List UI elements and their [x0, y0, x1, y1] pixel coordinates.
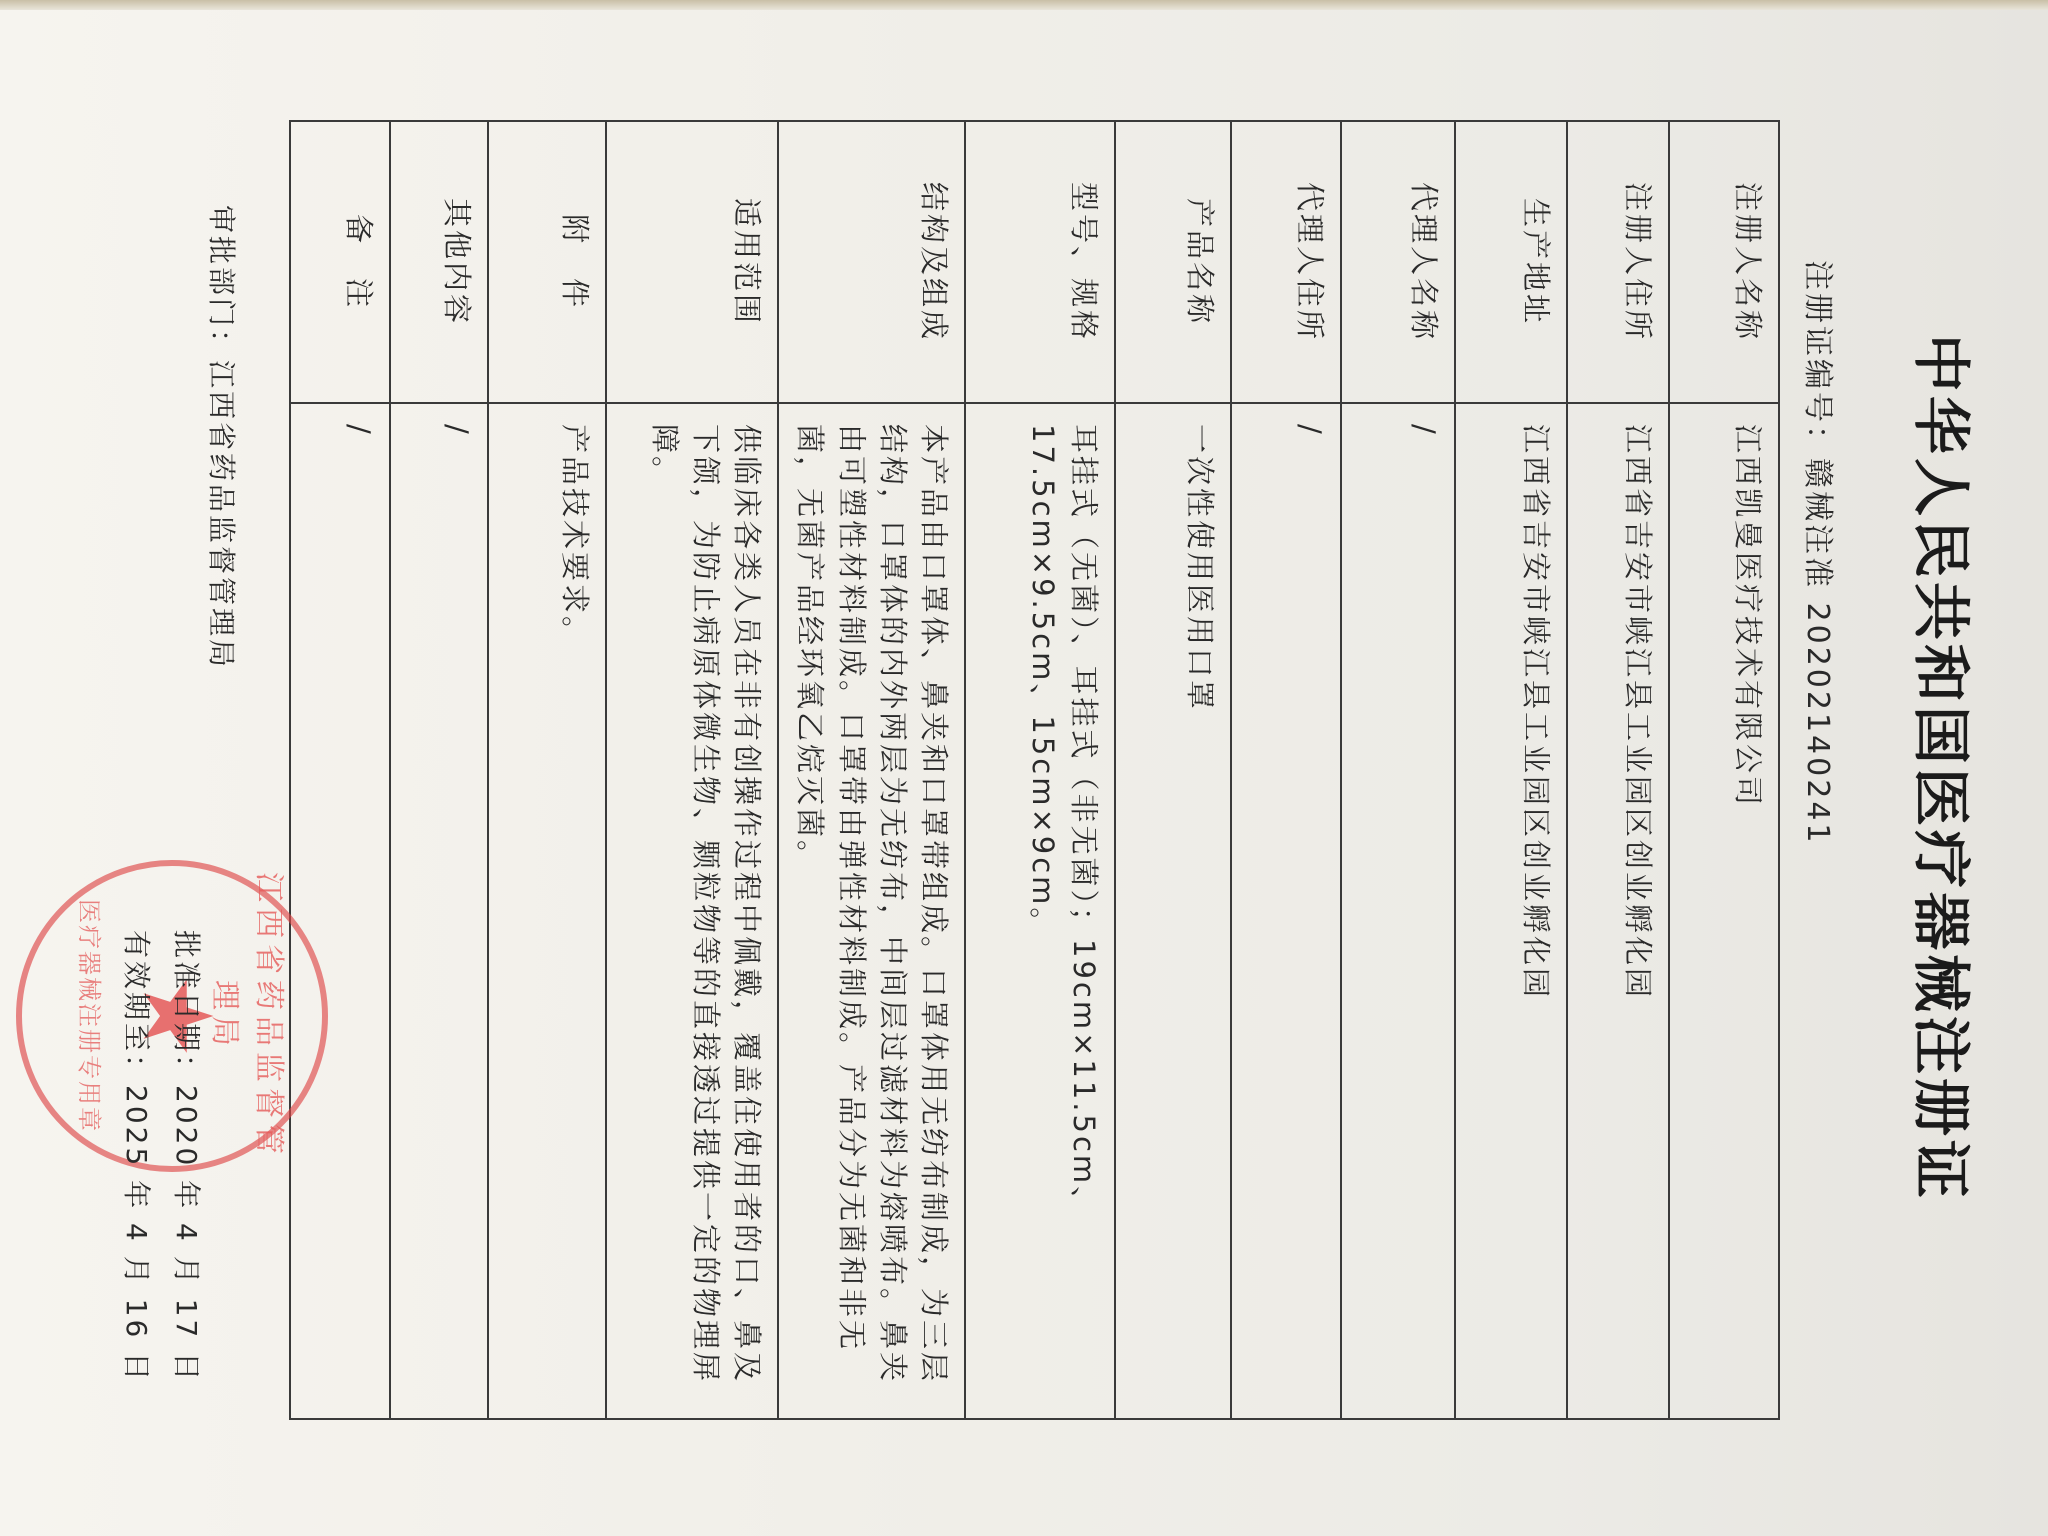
- table-row: 注册人名称 江西凯曼医疗技术有限公司: [1669, 121, 1779, 1419]
- row-value: /: [1341, 403, 1455, 1419]
- approval-date: 批准日期：2020 年 4 月 17 日: [168, 930, 208, 1383]
- row-value: 江西凯曼医疗技术有限公司: [1669, 403, 1779, 1419]
- row-label: 备 注: [290, 121, 390, 403]
- certificate-table: 注册人名称 江西凯曼医疗技术有限公司 注册人住所 江西省吉安市峡江县工业园区创业…: [289, 120, 1780, 1420]
- table-row: 结构及组成 本产品由口罩体、鼻夹和口罩带组成。口罩体用无纺布制成，为三层结构，口…: [778, 121, 965, 1419]
- table-row: 其他内容 /: [390, 121, 488, 1419]
- row-value: 江西省吉安市峡江县工业园区创业孵化园: [1455, 403, 1567, 1419]
- table-row: 生产地址 江西省吉安市峡江县工业园区创业孵化园: [1455, 121, 1567, 1419]
- row-value: 江西省吉安市峡江县工业园区创业孵化园: [1567, 403, 1669, 1419]
- row-value: 产品技术要求。: [488, 403, 606, 1419]
- table-row: 型号、规格 耳挂式（无菌）、耳挂式（非无菌）；19cm×11.5cm、17.5c…: [965, 121, 1115, 1419]
- registration-number-value: 赣械注准 20202140241: [1800, 458, 1835, 846]
- table-row: 适用范围 供临床各类人员在非有创操作过程中佩戴，覆盖住使用者的口、鼻及下颌，为防…: [606, 121, 778, 1419]
- table-row: 附 件 产品技术要求。: [488, 121, 606, 1419]
- row-label: 其他内容: [390, 121, 488, 403]
- certificate-title: 中华人民共和国医疗器械注册证: [1904, 0, 1988, 1536]
- table-row: 代理人名称 /: [1341, 121, 1455, 1419]
- row-value: 本产品由口罩体、鼻夹和口罩带组成。口罩体用无纺布制成，为三层结构，口罩体的内外两…: [778, 403, 965, 1419]
- row-label: 附 件: [488, 121, 606, 403]
- certificate-page: 中华人民共和国医疗器械注册证 注册证编号：赣械注准 20202140241 注册…: [0, 0, 2048, 1536]
- row-label: 产品名称: [1115, 121, 1231, 403]
- photo-background: 中华人民共和国医疗器械注册证 注册证编号：赣械注准 20202140241 注册…: [0, 0, 2048, 1536]
- expiry-date: 有效期至：2025 年 4 月 16 日: [118, 930, 158, 1383]
- row-label: 生产地址: [1455, 121, 1567, 403]
- row-label: 适用范围: [606, 121, 778, 403]
- table-row: 备 注 /: [290, 121, 390, 1419]
- row-label: 结构及组成: [778, 121, 965, 403]
- row-label: 型号、规格: [965, 121, 1115, 403]
- seal-subtext: 医疗器械注册专用章: [74, 866, 109, 1166]
- row-label: 代理人住所: [1231, 121, 1341, 403]
- row-value: /: [390, 403, 488, 1419]
- row-label: 代理人名称: [1341, 121, 1455, 403]
- row-value: /: [290, 403, 390, 1419]
- registration-number: 注册证编号：赣械注准 20202140241: [1799, 260, 1843, 846]
- row-value: /: [1231, 403, 1341, 1419]
- row-label: 注册人名称: [1669, 121, 1779, 403]
- row-label: 注册人住所: [1567, 121, 1669, 403]
- row-value: 供临床各类人员在非有创操作过程中佩戴，覆盖住使用者的口、鼻及下颌，为防止病原体微…: [606, 403, 778, 1419]
- approval-department: 审批部门：江西省药品监督管理局: [203, 205, 243, 670]
- table-row: 代理人住所 /: [1231, 121, 1341, 1419]
- row-value: 耳挂式（无菌）、耳挂式（非无菌）；19cm×11.5cm、17.5cm×9.5c…: [965, 403, 1115, 1419]
- registration-number-label: 注册证编号：: [1800, 260, 1835, 458]
- table-row: 注册人住所 江西省吉安市峡江县工业园区创业孵化园: [1567, 121, 1669, 1419]
- row-value: 一次性使用医用口罩: [1115, 403, 1231, 1419]
- table-row: 产品名称 一次性使用医用口罩: [1115, 121, 1231, 1419]
